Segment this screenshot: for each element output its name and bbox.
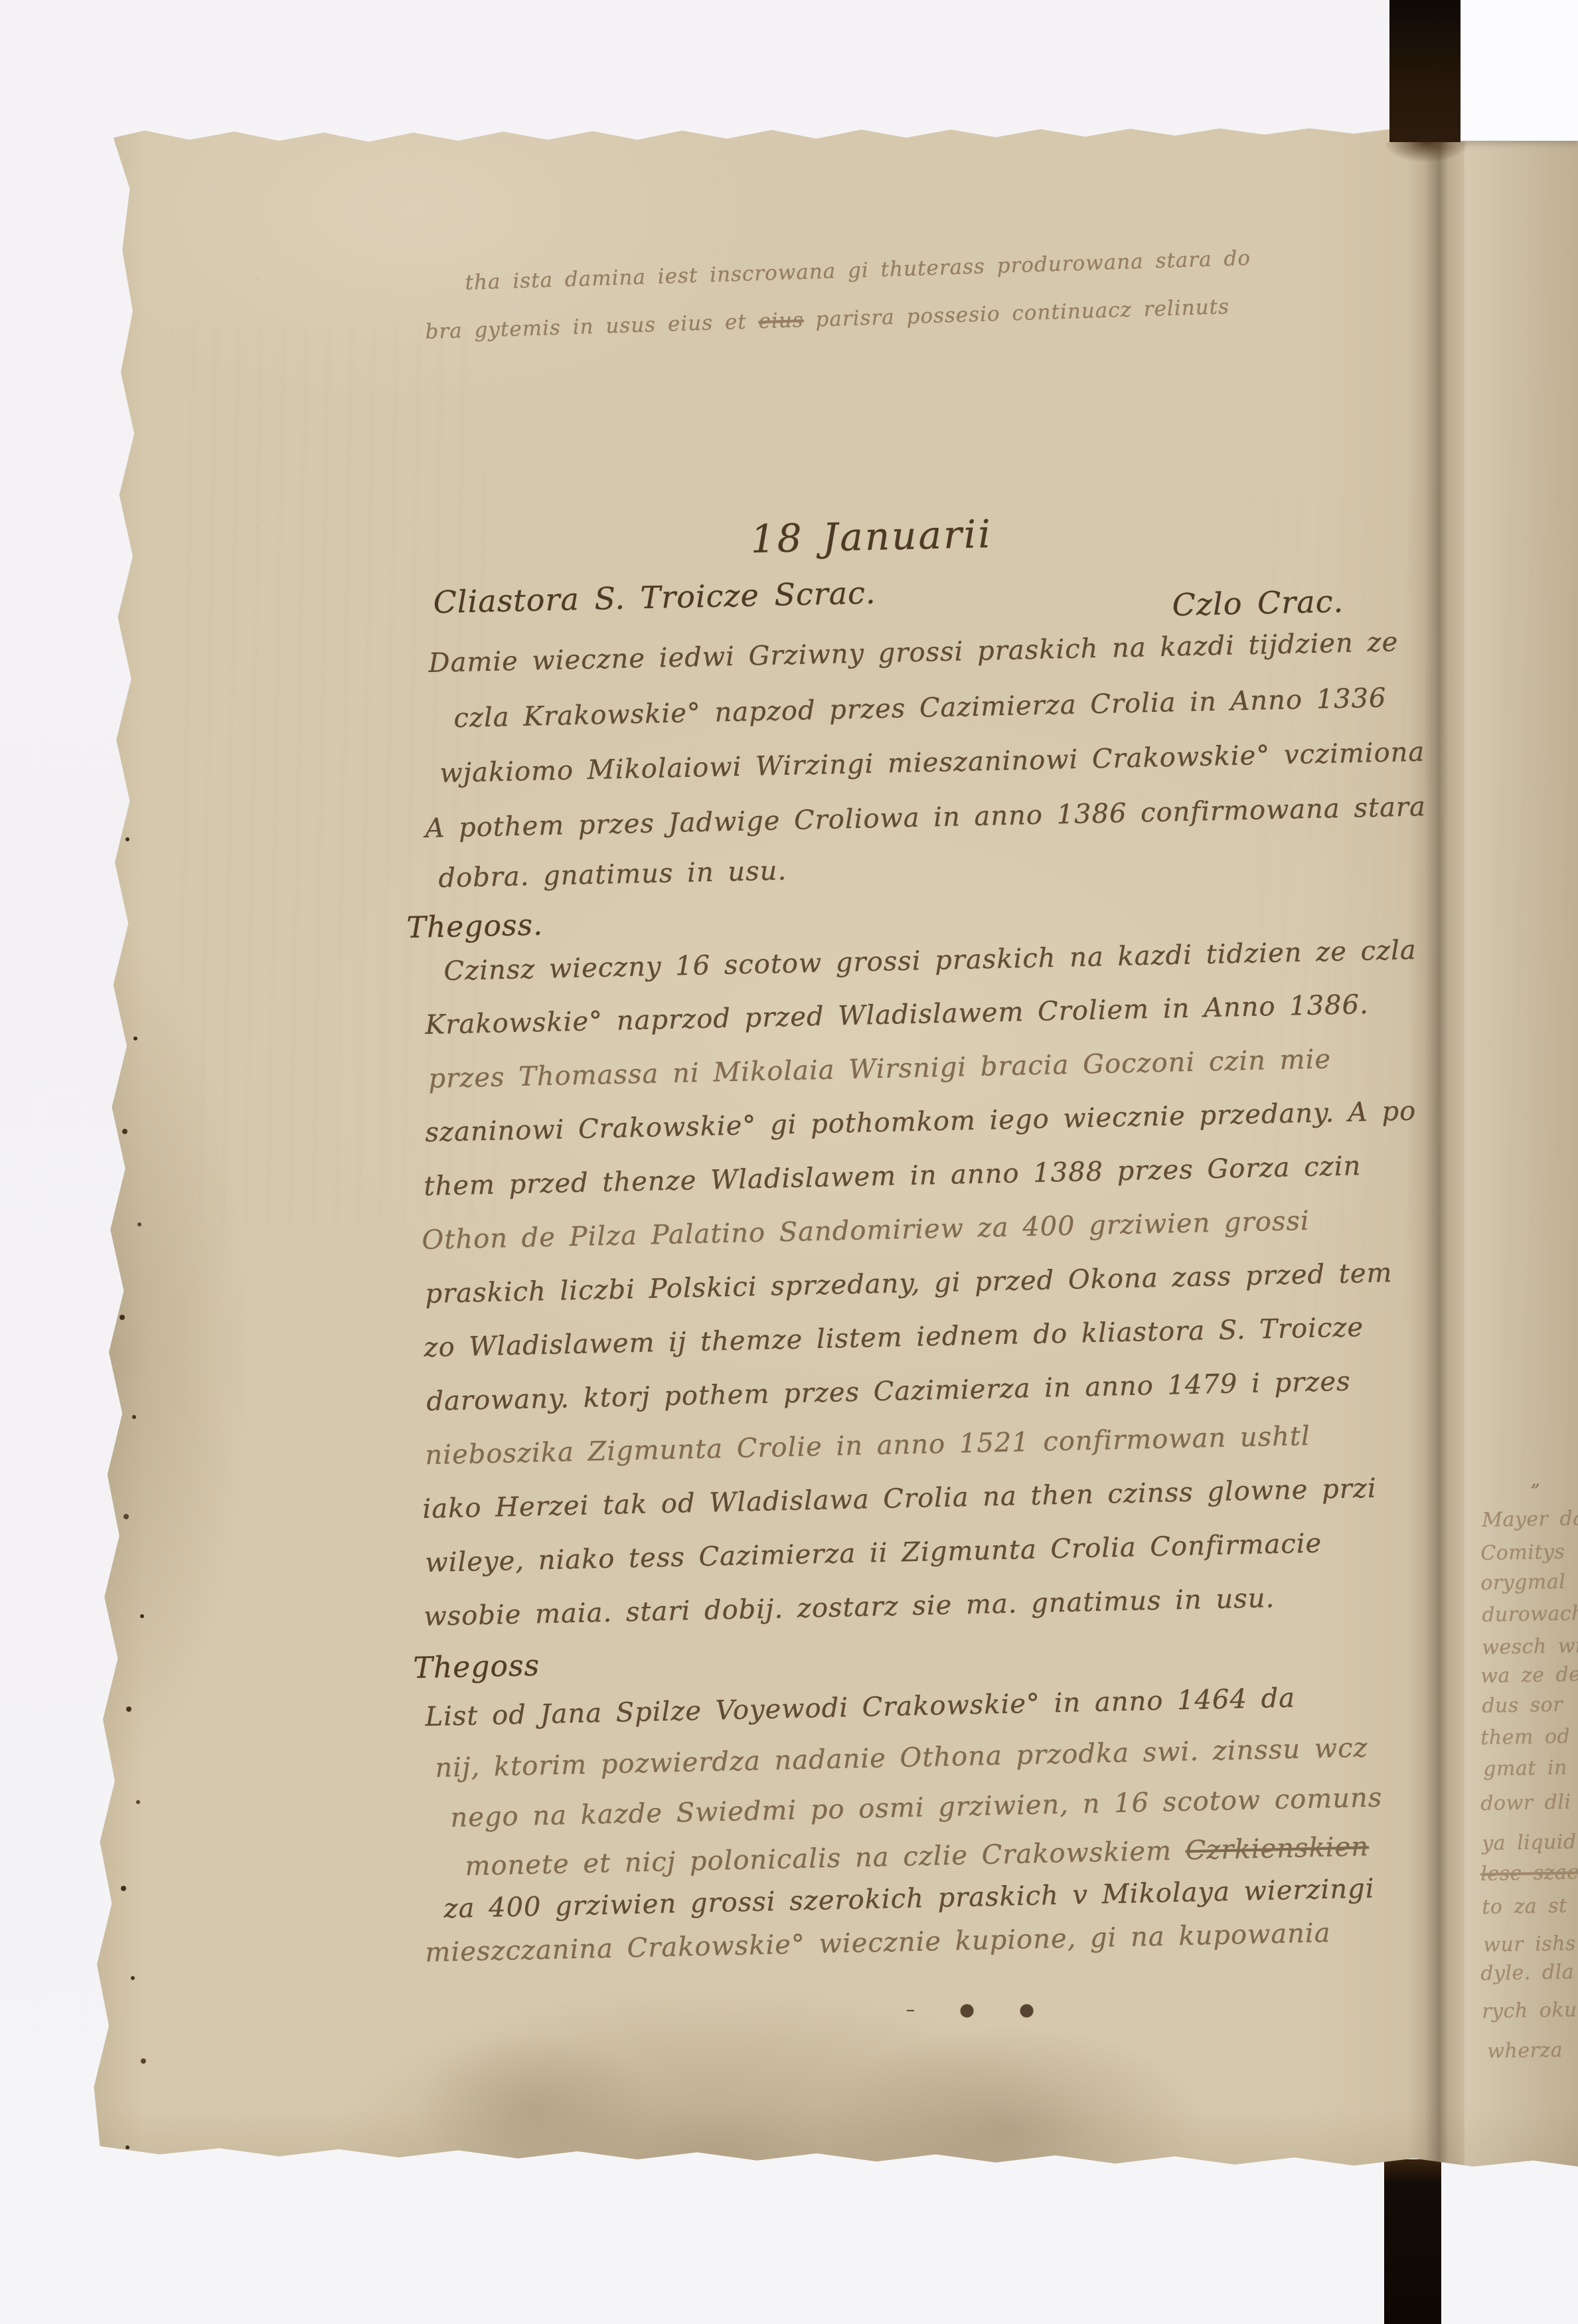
handwritten-text-layer: tha ista damina iest inscrowana gi thute… <box>0 0 1578 2324</box>
margin-note-line: them od <box>1480 1725 1570 1750</box>
struck-word: eius <box>758 308 804 333</box>
body-text-line: monete et nicj polonicalis na czlie Crak… <box>465 1831 1369 1882</box>
body-text-line: iako Herzei tak od Wladislawa Crolia na … <box>422 1473 1377 1525</box>
scan-background: tha ista damina iest inscrowana gi thute… <box>0 0 1578 2324</box>
margin-note-line: Comitys <box>1480 1540 1565 1565</box>
margin-note-line: wur ishs <box>1483 1932 1576 1957</box>
margin-note-line: wesch wi <box>1482 1634 1578 1659</box>
note-text: parisra possesio continuacz relinuts <box>803 295 1229 332</box>
heading-left: Cliastora S. Troicze Scrac. <box>433 574 876 620</box>
body-text-line: Krakowskie° naprzod przed Wladislawem Cr… <box>425 989 1369 1040</box>
top-marginal-note-line: tha ista damina iest inscrowana gi thute… <box>465 246 1251 295</box>
heading-right: Czlo Crac. <box>1172 583 1344 623</box>
margin-note-line: dus sor <box>1482 1693 1563 1718</box>
top-marginal-note-line: bra gytemis in usus eius et eius parisra… <box>425 295 1230 344</box>
margin-note-line: orygmal <box>1480 1570 1566 1595</box>
section-heading-thegoss-1: Thegoss. <box>406 908 544 945</box>
heading-date: 18 Januarii <box>750 511 993 562</box>
struck-word: Czrkienskien <box>1185 1831 1369 1866</box>
body-text-line: List od Jana Spilze Voyewodi Crakowskie°… <box>425 1683 1296 1732</box>
body-text-line: czla Krakowskie° napzod przes Cazimierza… <box>453 683 1387 734</box>
margin-note-line-struck: lese szaca <box>1480 1861 1578 1886</box>
body-text-line: Damie wieczne iedwi Grziwny grossi prask… <box>428 627 1399 679</box>
margin-note-line: to za st <box>1482 1894 1567 1919</box>
entry-end-mark: – ● ● <box>906 2000 1052 2020</box>
body-text-line: wjakiomo Mikolaiowi Wirzingi mieszaninow… <box>439 737 1425 789</box>
margin-note-line: Mayer da <box>1482 1507 1578 1532</box>
body-text-line: them przed thenze Wladislawem in anno 13… <box>424 1151 1362 1202</box>
body-text-line: Czinsz wieczny 16 scotow grossi praskich… <box>443 935 1417 987</box>
body-text-line: darowany. ktorj pothem przes Cazimierza … <box>426 1367 1351 1417</box>
note-text: bra gytemis in usus eius et <box>425 309 759 344</box>
body-text-line: nieboszika Zigmunta Crolie in anno 1521 … <box>425 1421 1310 1471</box>
body-text-line: nego na kazde Swiedmi po osmi grziwien, … <box>450 1782 1383 1833</box>
margin-note-line: rych okup <box>1482 1998 1578 2023</box>
margin-quote-mark: „ <box>1530 1469 1541 1491</box>
body-text-line: praskich liczbi Polskici sprzedany, gi p… <box>425 1258 1393 1309</box>
section-heading-thegoss-2: Thegoss <box>413 1649 540 1685</box>
body-text-line: szaninowi Crakowskie° gi pothomkom iego … <box>425 1096 1417 1148</box>
margin-note-line: dowr dli <box>1480 1791 1571 1815</box>
body-text-line: wsobie maia. stari dobij. zostarz sie ma… <box>424 1583 1275 1632</box>
margin-note-line: dyle. dla <box>1480 1961 1574 1985</box>
margin-note-line: ya liquid <box>1482 1831 1577 1855</box>
body-text-line: przes Thomassa ni Mikolaia Wirsnigi brac… <box>428 1044 1332 1094</box>
body-text-line: mieszczanina Crakowskie° wiecznie kupion… <box>425 1918 1331 1968</box>
body-text-line: zo Wladislawem ij themze listem iednem d… <box>424 1312 1364 1363</box>
margin-note-line: wa ze de <box>1480 1663 1578 1688</box>
body-text-line: A pothem przes Jadwige Croliowa in anno … <box>425 791 1426 844</box>
margin-note-line: wherza <box>1487 2038 1563 2063</box>
body-text-line: Othon de Pilza Palatino Sandomiriew za 4… <box>422 1206 1310 1256</box>
body-text: monete et nicj polonicalis na czlie Crak… <box>465 1835 1186 1882</box>
body-text-line: dobra. gnatimus in usu. <box>438 856 787 894</box>
body-text-line: wileye, niako tess Cazimierza ii Zigmunt… <box>425 1529 1322 1578</box>
margin-note-line: durowach <box>1482 1602 1578 1627</box>
margin-note-line: gmat in <box>1483 1756 1567 1781</box>
body-text-line: nij, ktorim pozwierdza nadanie Othona pr… <box>435 1732 1368 1784</box>
body-text-line: za 400 grziwien grossi szerokich praskic… <box>443 1873 1375 1924</box>
